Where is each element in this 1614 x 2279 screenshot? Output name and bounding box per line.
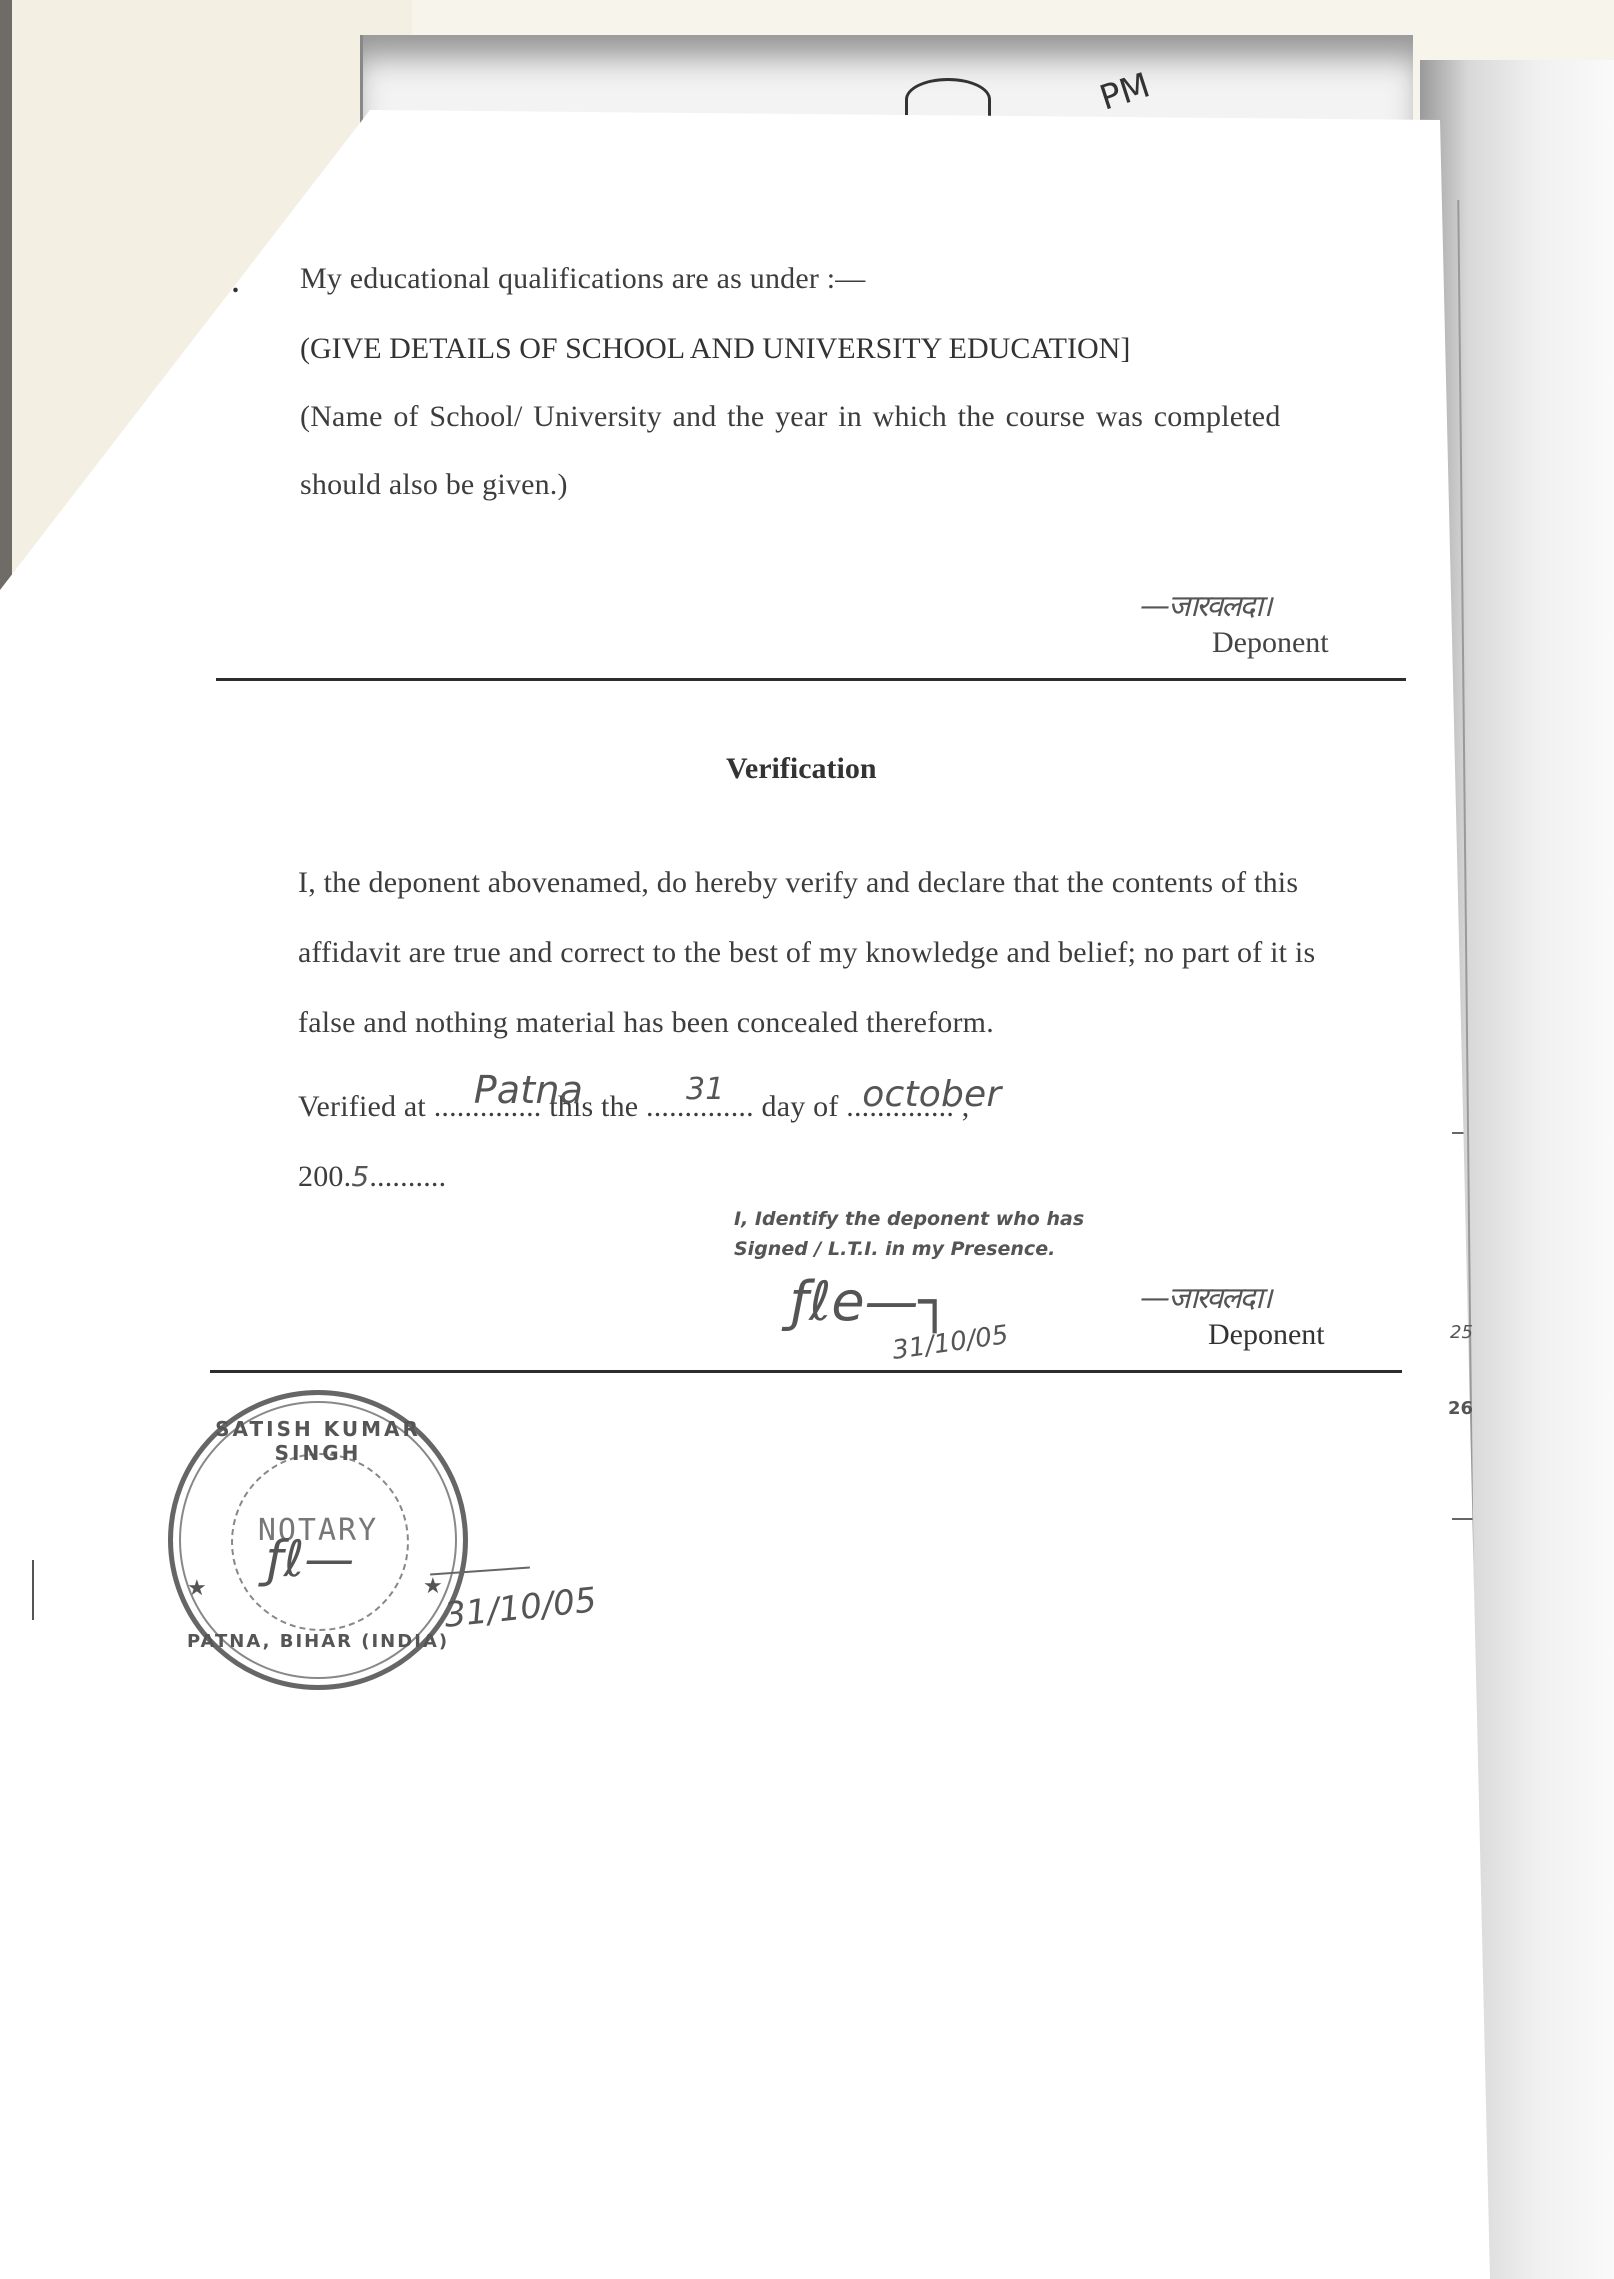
notary-date: 31/10/05 [442, 1580, 598, 1636]
verification-divider [210, 1370, 1402, 1373]
affidavit-page: 4. My educational qualifications are as … [0, 0, 1614, 2279]
education-instruction: (GIVE DETAILS OF SCHOOL AND UNIVERSITY E… [300, 332, 1130, 366]
star-icon: ★ [423, 1573, 443, 1599]
margin-number-25: 25 [1450, 1322, 1473, 1343]
star-icon: ★ [187, 1575, 207, 1601]
verified-at-line: Verified at .............. Patna this th… [298, 1090, 969, 1124]
education-note-line1: (Name of School/ University and the year… [300, 400, 1281, 434]
notary-name: SATISH KUMAR SINGH [173, 1417, 463, 1465]
deponent-signature-1: —जारवलदा। [1140, 584, 1270, 625]
notary-location: PATNA, BIHAR (INDIA) [173, 1631, 463, 1652]
day-value: 31 [686, 1072, 725, 1107]
day-of-label: day of [762, 1090, 839, 1123]
month-value: october [862, 1074, 1001, 1115]
margin-number-26: 26 [1448, 1398, 1473, 1419]
identification-line1: I, Identify the deponent who has [734, 1208, 1084, 1230]
identifier-signature: ƒℓe—┐ [790, 1270, 951, 1333]
year-digit: 5 [351, 1160, 369, 1193]
page-number-circle [905, 78, 991, 121]
year-prefix: 200 [298, 1160, 344, 1193]
educational-intro: My educational qualifications are as und… [300, 262, 865, 296]
notary-signature: ƒℓ— [266, 1530, 354, 1588]
deponent-label-1: Deponent [1212, 626, 1329, 660]
verification-heading: Verification [726, 752, 877, 786]
deponent-signature-2: —जारवलदा। [1140, 1276, 1270, 1317]
education-note-line2: should also be given.) [300, 468, 568, 502]
identification-line2: Signed / L.T.I. in my Presence. [734, 1238, 1055, 1260]
margin-stroke [32, 1560, 34, 1620]
section-divider [216, 678, 1406, 681]
year-line: 200.5.......... [298, 1160, 446, 1194]
verification-line1: I, the deponent abovenamed, do hereby ve… [298, 866, 1298, 900]
verified-at-value: Patna [474, 1068, 583, 1112]
verification-line3: false and nothing material has been conc… [298, 1006, 994, 1040]
verified-at-label: Verified at [298, 1090, 426, 1123]
verification-line2: affidavit are true and correct to the be… [298, 936, 1315, 970]
deponent-label-2: Deponent [1208, 1318, 1325, 1352]
